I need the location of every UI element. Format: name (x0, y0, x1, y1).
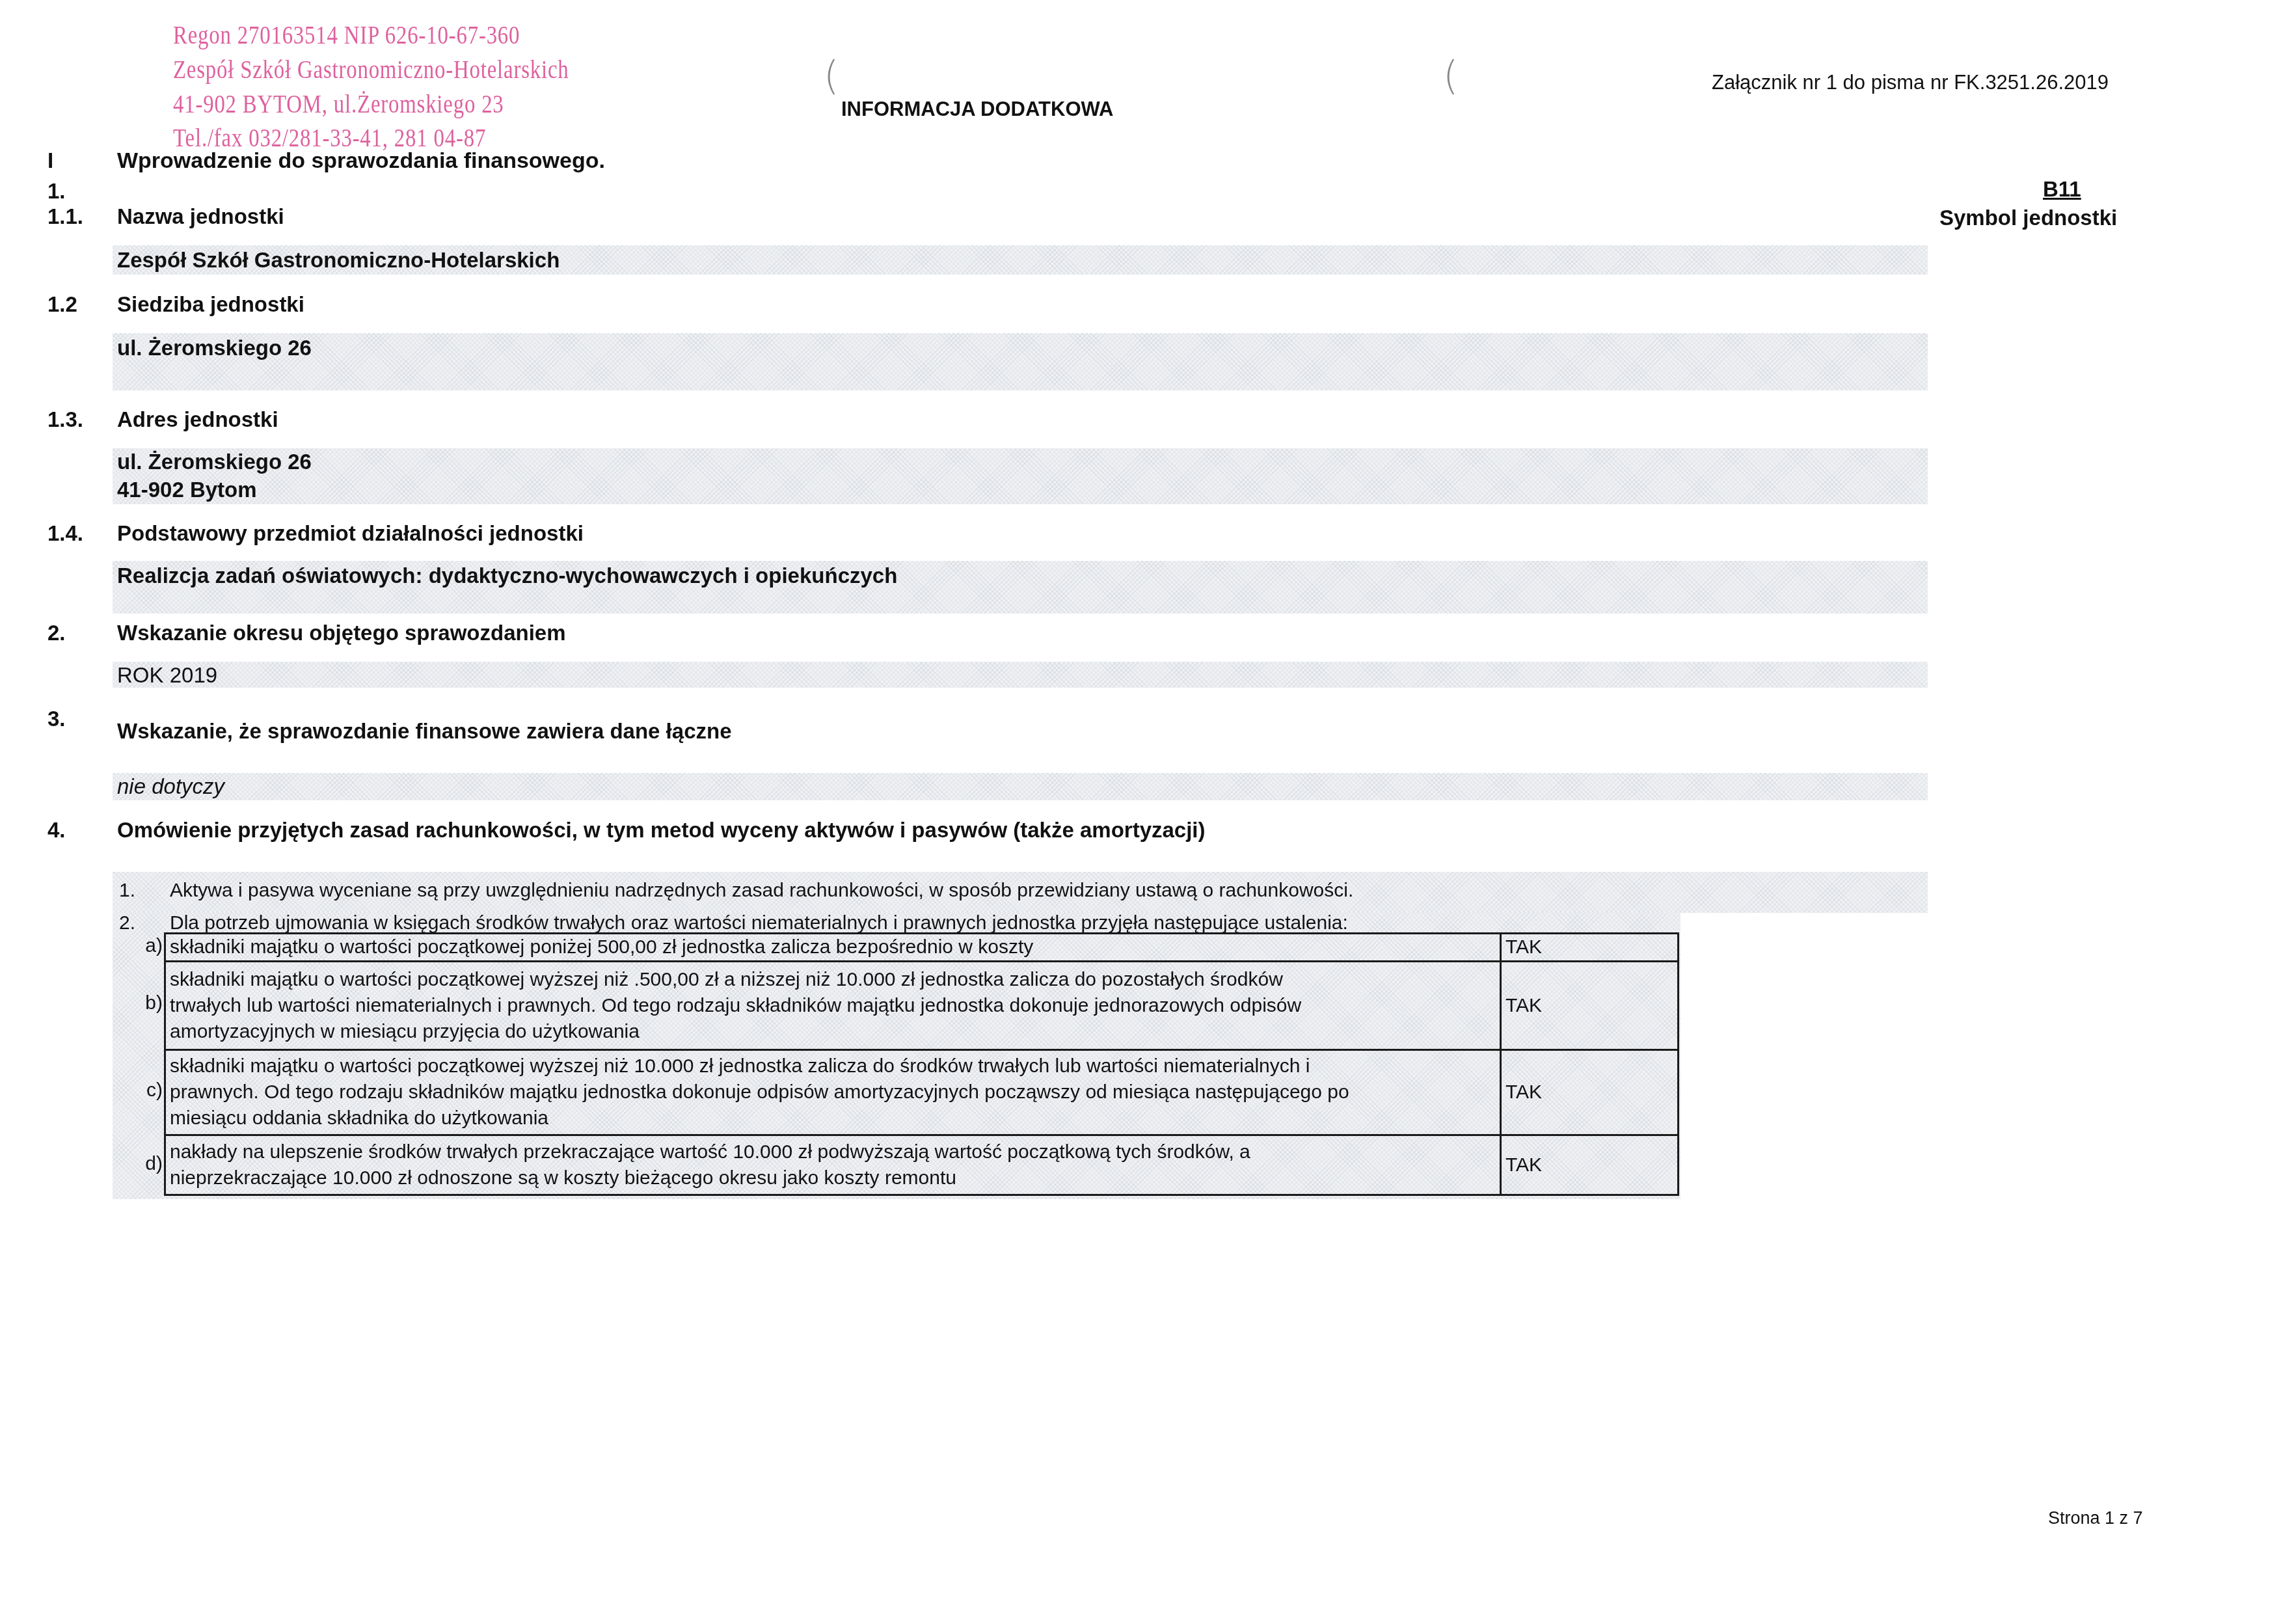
rule-line: nieprzekraczające 10.000 zł odnoszone są… (170, 1165, 1496, 1191)
section-number: 2. (47, 621, 66, 645)
stamp-line: Regon 270163514 NIP 626-10-67-360 (173, 20, 520, 50)
section-number: 1.3. (47, 407, 83, 432)
table-row: składniki majątku o wartości początkowej… (165, 1050, 1679, 1135)
rule-answer: TAK (1501, 962, 1679, 1050)
document-title: INFORMACJA DODATKOWA (841, 98, 1113, 121)
section-title-intro: Wprowadzenie do sprawozdania finansowego… (117, 148, 605, 174)
stamp-line: Zespół Szkół Gastronomiczno-Hotelarskich (173, 54, 569, 85)
field-label-seat: Siedziba jednostki (117, 292, 304, 317)
field-label-period: Wskazanie okresu objętego sprawozdaniem (117, 621, 566, 645)
field-band-combined-data (113, 773, 1928, 800)
row-letter: d) (124, 1153, 163, 1175)
punch-mark-left: ( (824, 53, 839, 99)
field-value-activity: Realizcja zadań oświatowych: dydaktyczno… (117, 563, 897, 588)
fixed-assets-rules-table: składniki majątku o wartości początkowej… (164, 932, 1679, 1196)
field-band-period (113, 662, 1928, 688)
punch-mark-right: ( (1443, 53, 1458, 99)
table-row: nakłady na ulepszenie środków trwałych p… (165, 1135, 1679, 1195)
rule-answer: TAK (1501, 934, 1679, 962)
rule-text: składniki majątku o wartości początkowej… (165, 1050, 1501, 1135)
rule-text: nakłady na ulepszenie środków trwałych p… (165, 1135, 1501, 1195)
rule-answer: TAK (1501, 1050, 1679, 1135)
field-label-unit-name: Nazwa jednostki (117, 204, 284, 229)
field-label-activity: Podstawowy przedmiot działalności jednos… (117, 521, 584, 546)
section-number: 1.1. (47, 204, 83, 229)
section-number: 1.4. (47, 521, 83, 546)
list-item-number: 2. (119, 912, 135, 934)
row-letter: a) (124, 935, 163, 957)
field-band-address (113, 448, 1928, 504)
table-row: składniki majątku o wartości początkowej… (165, 962, 1679, 1050)
field-label-accounting-policies: Omówienie przyjętych zasad rachunkowości… (117, 818, 1206, 843)
rule-text: składniki majątku o wartości początkowej… (165, 934, 1501, 962)
field-value-period: ROK 2019 (117, 663, 217, 688)
rule-line: miesiącu oddania składnika do użytkowani… (170, 1105, 1496, 1131)
rule-line: składniki majątku o wartości początkowej… (170, 1053, 1496, 1079)
field-value-address-line1: ul. Żeromskiego 26 (117, 450, 312, 474)
field-value-address-line2: 41-902 Bytom (117, 478, 257, 502)
section-number: 1.2 (47, 292, 77, 317)
page-number: Strona 1 z 7 (2048, 1508, 2143, 1528)
field-label-address: Adres jednostki (117, 407, 278, 432)
unit-symbol-label: Symbol jednostki (1939, 206, 2117, 230)
rule-text: składniki majątku o wartości początkowej… (165, 962, 1501, 1050)
section-number: 3. (47, 707, 66, 731)
section-number: 1. (47, 179, 66, 204)
rule-line: nakłady na ulepszenie środków trwałych p… (170, 1139, 1496, 1165)
row-letter: b) (124, 992, 163, 1014)
unit-symbol-value: B11 (2043, 177, 2081, 202)
rule-line: prawnych. Od tego rodzaju składników maj… (170, 1079, 1496, 1105)
section-number: I (47, 148, 53, 173)
list-item-text: Dla potrzeb ujmowania w księgach środków… (170, 912, 1348, 934)
rule-line: składniki majątku o wartości początkowej… (170, 934, 1496, 960)
rule-line: amortyzacyjnych w miesiącu przyjęcia do … (170, 1019, 1496, 1045)
list-item-text: Aktywa i pasywa wyceniane są przy uwzglę… (170, 880, 1353, 902)
row-letter: c) (124, 1079, 163, 1102)
field-label-combined-data: Wskazanie, że sprawozdanie finansowe zaw… (117, 719, 732, 744)
field-value-unit-name: Zespół Szkół Gastronomiczno-Hotelarskich (117, 248, 560, 273)
rule-line: składniki majątku o wartości początkowej… (170, 967, 1496, 993)
attachment-reference: Załącznik nr 1 do pisma nr FK.3251.26.20… (1712, 71, 2109, 94)
list-item-number: 1. (119, 880, 135, 902)
stamp-line: 41-902 BYTOM, ul.Żeromskiego 23 (173, 88, 504, 119)
section-number: 4. (47, 818, 66, 843)
table-row: składniki majątku o wartości początkowej… (165, 934, 1679, 962)
field-band-seat (113, 333, 1928, 390)
field-value-seat: ul. Żeromskiego 26 (117, 336, 312, 360)
field-value-combined-data: nie dotyczy (117, 774, 224, 799)
rule-answer: TAK (1501, 1135, 1679, 1195)
rule-line: trwałych lub wartości niematerialnych i … (170, 993, 1496, 1019)
